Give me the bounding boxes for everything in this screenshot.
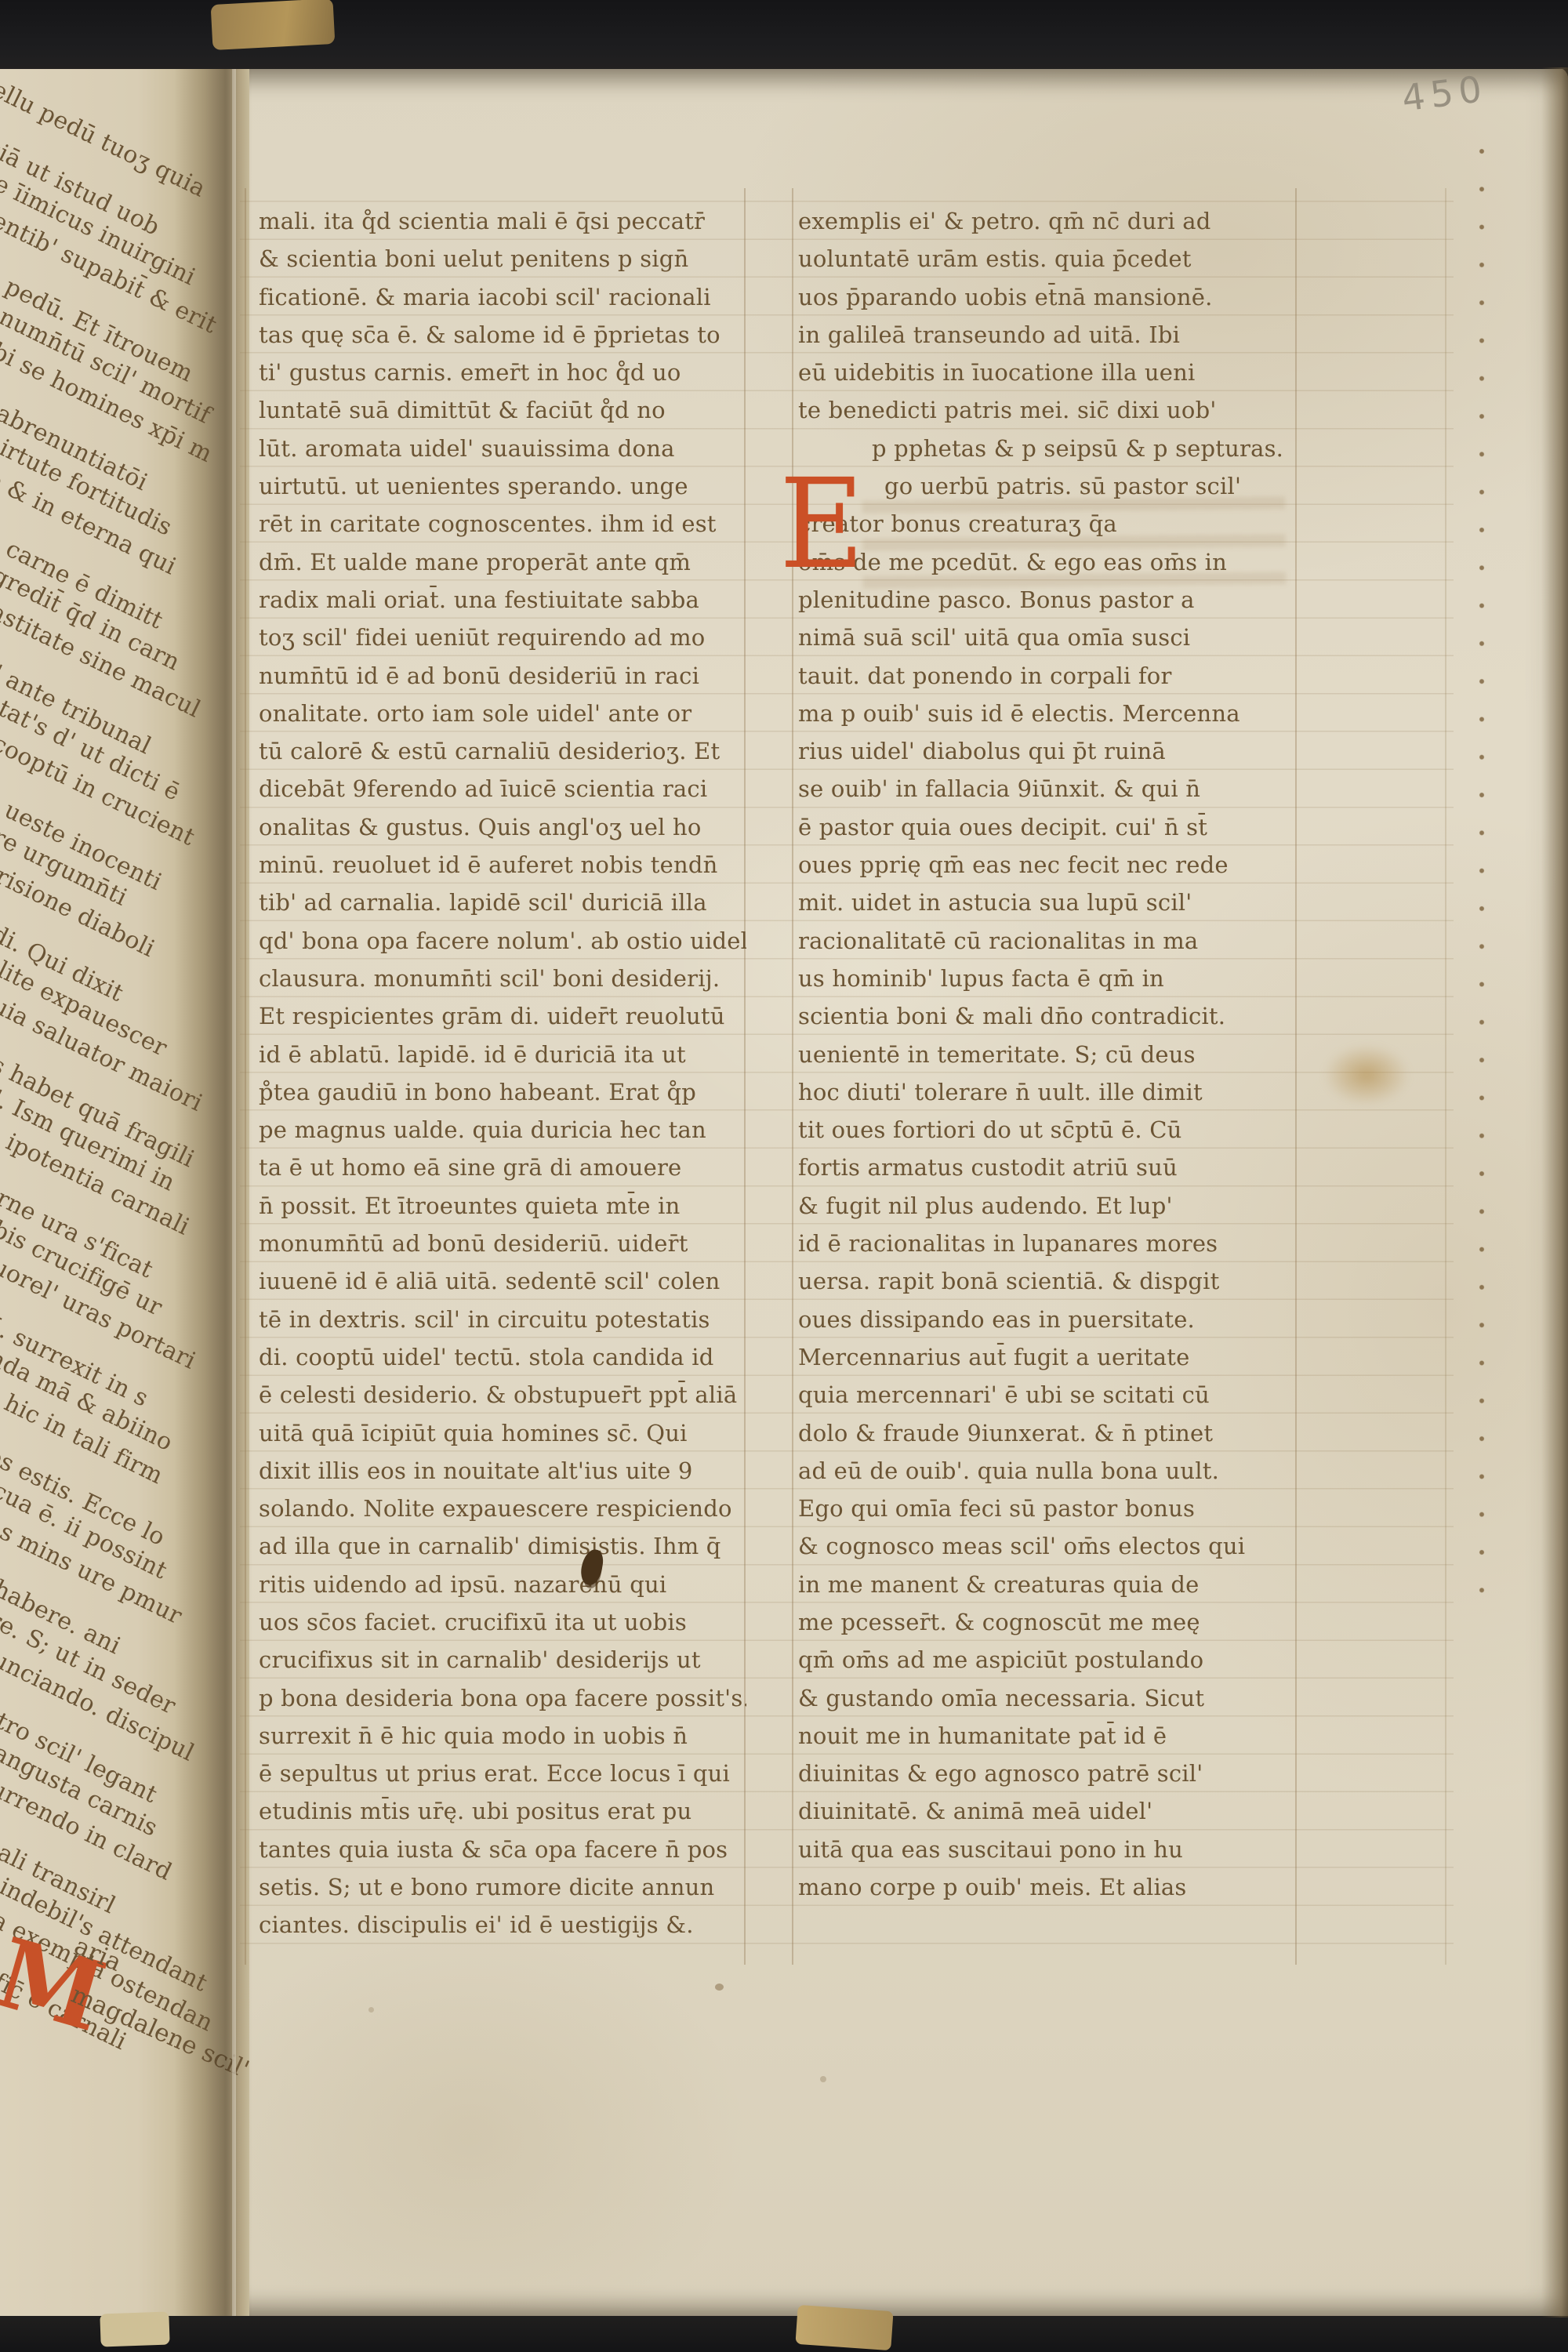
prick-marks	[1479, 146, 1485, 1612]
text-line: ad eū de ouib'. quia nulla bona uult.	[798, 1452, 1294, 1490]
text-line: se ouib' in fallacia 9iūnxit. & qui n̄	[798, 770, 1294, 808]
text-line: dolo & fraude 9iunxerat. & n̄ ptinet	[798, 1414, 1294, 1452]
text-line: diuinitas & ego agnosco patrē scil'	[798, 1755, 1294, 1792]
speck	[715, 1984, 724, 1991]
text-line: Mercennarius aut̄ fugit a ueritate	[798, 1338, 1294, 1376]
text-line: ma p ouib' suis id ē electis. Mercenna	[798, 695, 1294, 732]
text-line: uenientē in temeritate. S; cū deus	[798, 1036, 1294, 1073]
binding-sliver-bottom-left	[100, 2311, 169, 2347]
text-line: qd' bona opa facere nolum'. ab ostio uid…	[259, 922, 746, 960]
text-line: ad illa que in carnalib' dimisistis. Ihm…	[259, 1527, 746, 1565]
speck	[820, 2076, 826, 2082]
right-text-column: exemplis ei' & petro. qm̄ nc̄ duri aduol…	[798, 202, 1294, 1906]
text-line: id ē racionalitas in lupanares mores	[798, 1225, 1294, 1262]
page-right-edge-shading	[1541, 67, 1568, 2318]
text-line: crucifixus sit in carnalib' desiderijs u…	[259, 1641, 746, 1679]
text-line: radix mali oriat̄. una festiuitate sabba	[259, 581, 746, 619]
text-line: p pphetas & p seipsū & p septuras.	[798, 430, 1294, 467]
text-line: solando. Nolite expauescere respiciendo	[259, 1490, 746, 1527]
text-line: te benedicti patris mei. sic̄ dixi uob'	[798, 391, 1294, 429]
text-line: uos sc̄os faciet. crucifixū ita ut uobis	[259, 1603, 746, 1641]
text-line: in galileā transeundo ad uitā. Ibi	[798, 316, 1294, 354]
ruling-vertical-right	[1295, 188, 1297, 1965]
text-line: dicebāt 9ferendo ad īuicē scientia raci	[259, 770, 746, 808]
text-line: rēt in caritate cognoscentes. ihm id est	[259, 505, 746, 543]
text-line: tib' ad carnalia. lapidē scil' duriciā i…	[259, 884, 746, 921]
amber-stain	[1323, 1044, 1410, 1105]
text-line: toʒ scil' fidei ueniūt requirendo ad mo	[259, 619, 746, 656]
text-line: tū calorē & estū carnaliū desiderioʒ. Et	[259, 732, 746, 770]
text-line: p̊tea gaudiū in bono habeant. Erat q̊p	[259, 1073, 746, 1111]
text-line: uirtutū. ut uenientes sperando. unge	[259, 467, 746, 505]
text-line: onalitas & gustus. Quis angl'oʒ uel ho	[259, 808, 746, 846]
ruling-vertical-left	[245, 188, 246, 1965]
text-line: minū. reuoluet id ē auferet nobis tendn̄	[259, 846, 746, 884]
text-line: uos p̄parando uobis et̄nā mansionē.	[798, 278, 1294, 316]
text-line: ficationē. & maria iacobi scil' racional…	[259, 278, 746, 316]
text-line: dixit illis eos in nouitate alt'ius uite…	[259, 1452, 746, 1490]
text-line: plenitudine pasco. Bonus pastor a	[798, 581, 1294, 619]
text-line: rius uidel' diabolus qui p̄t ruinā	[798, 732, 1294, 770]
text-line: nimā suā scil' uitā qua omīa susci	[798, 619, 1294, 656]
left-text-column: mali. ita q̊d scientia mali ē q̄si pecca…	[259, 202, 746, 1944]
text-line: & scientia boni uelut penitens p sign̄	[259, 240, 746, 278]
text-line: mali. ita q̊d scientia mali ē q̄si pecca…	[259, 202, 746, 240]
text-line: pe magnus ualde. quia duricia hec tan	[259, 1111, 746, 1149]
text-line: creator bonus creaturaʒ q̄a	[798, 505, 1294, 543]
text-line: hoc diuti' tolerare n̄ uult. ille dimit	[798, 1073, 1294, 1111]
text-line: mit. uidet in astucia sua lupū scil'	[798, 884, 1294, 921]
binding-sliver-bottom	[795, 2305, 893, 2350]
text-line: onalitate. orto iam sole uidel' ante or	[259, 695, 746, 732]
text-line: & fugit nil plus audendo. Et lup'	[798, 1187, 1294, 1225]
text-line: oues pprię qm̄ eas nec fecit nec rede	[798, 846, 1294, 884]
text-line: di. cooptū uidel' tectū. stola candida i…	[259, 1338, 746, 1376]
text-line: tauit. dat ponendo in corpali for	[798, 657, 1294, 695]
text-line: clausura. monumn̄ti scil' boni desiderij…	[259, 960, 746, 997]
text-line: iuuenē id ē aliā uitā. sedentē scil' col…	[259, 1262, 746, 1300]
binding-sliver-top	[211, 0, 336, 50]
text-line: in me manent & creaturas quia de	[798, 1566, 1294, 1603]
text-line: scientia boni & mali dn̄o contradicit.	[798, 997, 1294, 1035]
text-line: uersa. rapit bonā scientiā. & dispgit	[798, 1262, 1294, 1300]
text-line: ti' gustus carnis. emer̄t in hoc q̊d uo	[259, 354, 746, 391]
speck	[368, 2007, 374, 2013]
text-line: racionalitatē cū racionalitas in ma	[798, 922, 1294, 960]
text-line: tantes quia iusta & sc̄a opa facere n̄ p…	[259, 1831, 746, 1868]
text-line: numn̄tū id ē ad bonū desideriū in raci	[259, 657, 746, 695]
text-line: tē in dextris. scil' in circuitu potesta…	[259, 1301, 746, 1338]
text-line: luntatē suā dimittūt & faciūt q̊d no	[259, 391, 746, 429]
drop-cap-initial-e: E	[779, 463, 864, 586]
text-line: diuinitatē. & animā meā uidel'	[798, 1792, 1294, 1830]
text-line: & cognosco meas scil' om̄s electos qui	[798, 1527, 1294, 1565]
text-line: uoluntatē urām estis. quia p̄cedet	[798, 240, 1294, 278]
text-line: uitā qua eas suscitaui pono in hu	[798, 1831, 1294, 1868]
text-line: ciantes. discipulis ei' id ē uestigijs &…	[259, 1906, 746, 1944]
manuscript-photo: bellu pedū tuoʒ quiafiduciā ut istud uob…	[0, 0, 1568, 2352]
text-line: qm̄ om̄s ad me aspiciūt postulando	[798, 1641, 1294, 1679]
text-line: ritis uidendo ad ipsū. nazarenū qui	[259, 1566, 746, 1603]
text-line: tit oues fortiori do ut sc̄ptū ē. Cū	[798, 1111, 1294, 1149]
text-line: eū uidebitis in īuocatione illa ueni	[798, 354, 1294, 391]
text-line: ē celesti desiderio. & obstupuer̄t ppt̄ …	[259, 1376, 746, 1414]
text-line: mano corpe p ouib' meis. Et alias	[798, 1868, 1294, 1906]
text-line: uitā quā īcipiūt quia homines sc̄. Qui	[259, 1414, 746, 1452]
text-line: setis. S; ut e bono rumore dicite annun	[259, 1868, 746, 1906]
photo-border-bottom	[0, 2316, 1568, 2352]
text-line: go uerbū patris. sū pastor scil'	[798, 467, 1294, 505]
text-line: & gustando omīa necessaria. Sicut	[798, 1679, 1294, 1717]
text-line: ta ē ut homo eā sine grā di amouere	[259, 1149, 746, 1186]
text-line: etudinis mt̄is ur̄ę. ubi positus erat pu	[259, 1792, 746, 1830]
text-line: me pcesser̄t. & cognoscūt me meę	[798, 1603, 1294, 1641]
text-line: ē pastor quia oues decipit. cui' n̄ st̄	[798, 808, 1294, 846]
text-line: nouit me in humanitate pat̄ id ē	[798, 1717, 1294, 1755]
text-line: us hominib' lupus facta ē qm̄ in	[798, 960, 1294, 997]
text-line: p bona desideria bona opa facere possit'…	[259, 1679, 746, 1717]
ruling-vertical-margin	[1445, 188, 1446, 1965]
text-line: exemplis ei' & petro. qm̄ nc̄ duri ad	[798, 202, 1294, 240]
text-line: Ego qui omīa feci sū pastor bonus	[798, 1490, 1294, 1527]
text-line: ē sepultus ut prius erat. Ecce locus ī q…	[259, 1755, 746, 1792]
text-line: fortis armatus custodit atriū suū	[798, 1149, 1294, 1186]
text-line: surrexit n̄ ē hic quia modo in uobis n̄	[259, 1717, 746, 1755]
text-line: quia mercennari' ē ubi se scitati cū	[798, 1376, 1294, 1414]
text-line: id ē ablatū. lapidē. id ē duriciā ita ut	[259, 1036, 746, 1073]
text-line: dm̄. Et ualde mane properāt ante qm̄	[259, 543, 746, 581]
text-line: om̄s de me pcedūt. & ego eas om̄s in	[798, 543, 1294, 581]
text-line: oues dissipando eas in puersitate.	[798, 1301, 1294, 1338]
text-line: lūt. aromata uidel' suauissima dona	[259, 430, 746, 467]
text-line: n̄ possit. Et ītroeuntes quieta mt̄e in	[259, 1187, 746, 1225]
text-line: tas quę sc̄a ē. & salome id ē p̄prietas …	[259, 316, 746, 354]
text-line: Et respicientes grām di. uider̄t reuolut…	[259, 997, 746, 1035]
text-line: monumn̄tū ad bonū desideriū. uider̄t	[259, 1225, 746, 1262]
